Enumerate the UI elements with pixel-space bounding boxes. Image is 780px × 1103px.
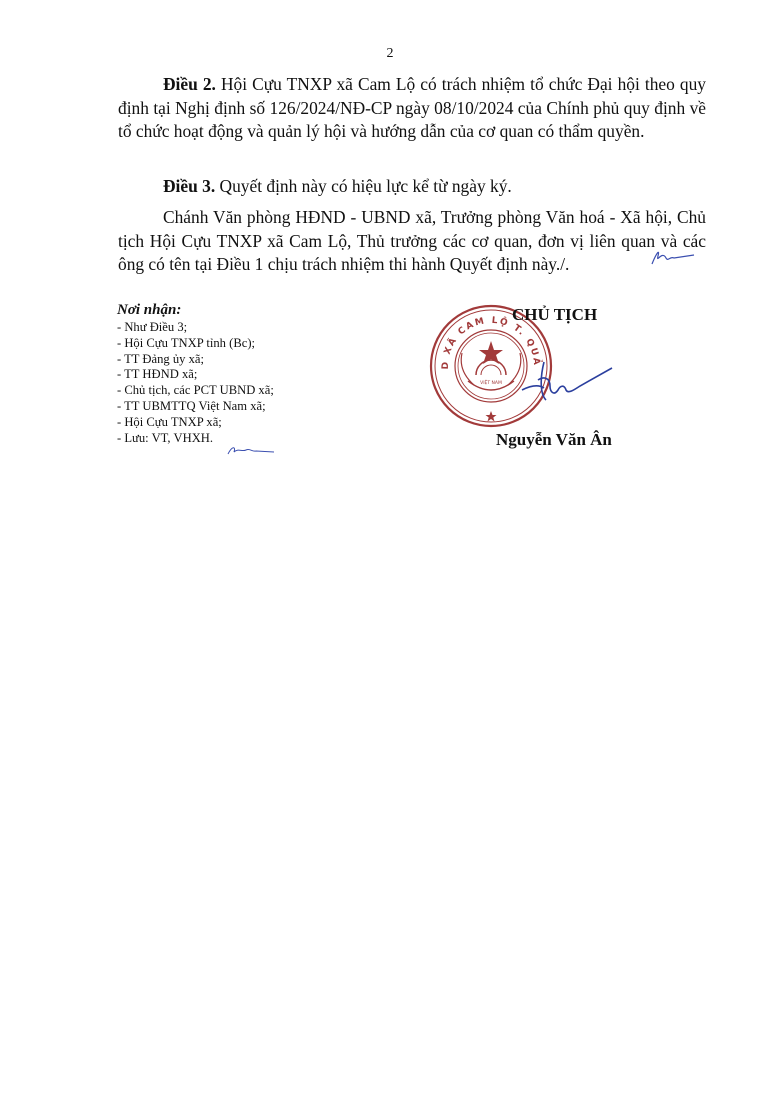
signer-name: Nguyễn Văn Ân <box>496 430 612 450</box>
recipient-item: - Hội Cựu TNXP tỉnh (Bc); <box>117 336 274 352</box>
recipients-block: Nơi nhận: - Như Điều 3; - Hội Cựu TNXP t… <box>117 302 274 446</box>
clerk-initial-icon <box>226 444 276 458</box>
article-3-label: Điều 3. <box>163 176 215 196</box>
recipient-item: - Chủ tịch, các PCT UBND xã; <box>117 383 274 399</box>
recipient-item: - Như Điều 3; <box>117 320 274 336</box>
recipient-item: - TT HĐND xã; <box>117 367 274 383</box>
article-3-text: Quyết định này có hiệu lực kể từ ngày ký… <box>215 176 512 196</box>
article-2: Điều 2. Hội Cựu TNXP xã Cam Lộ có trách … <box>118 73 706 144</box>
chairman-signature-icon <box>520 360 615 405</box>
page-number: 2 <box>0 46 780 62</box>
article-3: Điều 3. Quyết định này có hiệu lực kể từ… <box>118 175 706 199</box>
recipients-title: Nơi nhận: <box>117 302 274 319</box>
recipient-item: - Hội Cựu TNXP xã; <box>117 415 274 431</box>
execution-clause-text: Chánh Văn phòng HĐND - UBND xã, Trưởng p… <box>118 207 706 274</box>
recipient-item: - TT UBMTTQ Việt Nam xã; <box>117 399 274 415</box>
execution-clause: Chánh Văn phòng HĐND - UBND xã, Trưởng p… <box>118 206 706 277</box>
initial-signature-icon <box>646 246 696 270</box>
svg-text:VIỆT NAM: VIỆT NAM <box>480 378 502 386</box>
article-2-label: Điều 2. <box>163 74 216 94</box>
recipient-item: - TT Đảng ủy xã; <box>117 352 274 368</box>
signer-title: CHỦ TỊCH <box>512 305 597 325</box>
